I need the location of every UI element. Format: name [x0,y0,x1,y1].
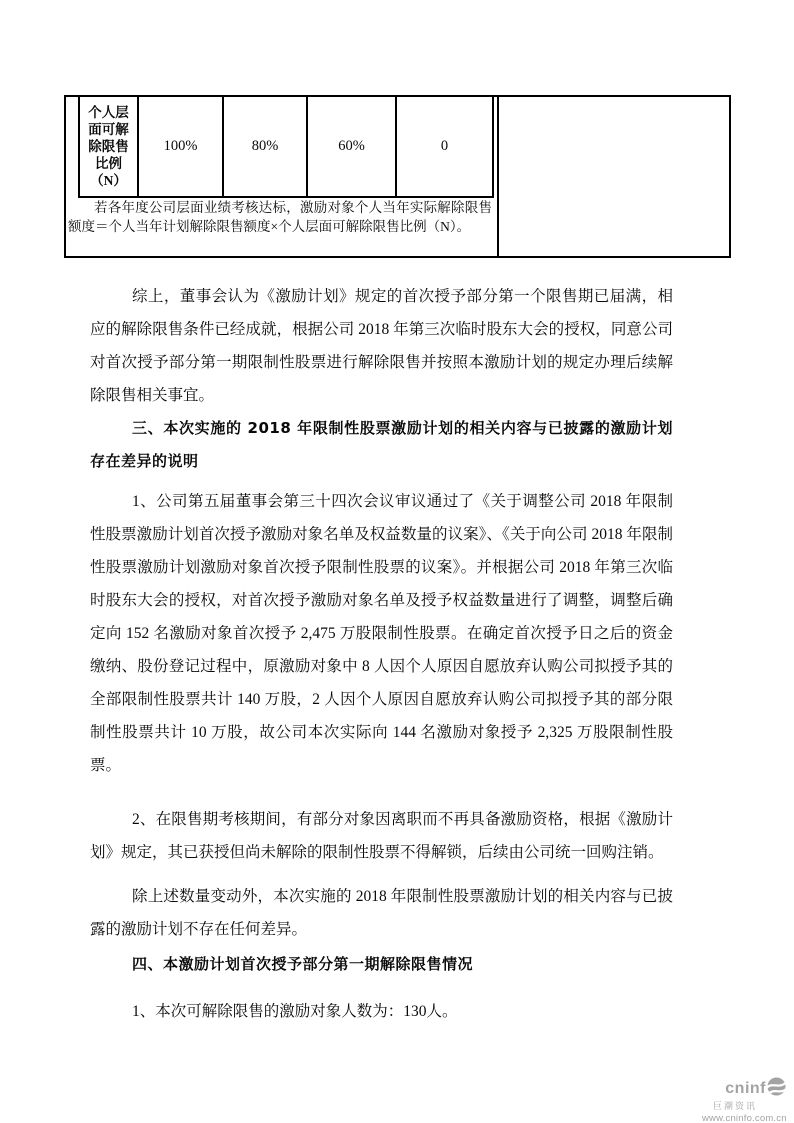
paragraph-departed-employees: 2、在限售期考核期间，有部分对象因离职而不再具备激励资格，根据《激励计划》规定，… [90,803,673,869]
unlock-ratio-table: 个人层 面可解 除限售 比例 （N） 100% 80% 60% 0 若各年度公司… [0,95,794,258]
ratio-cell-0: 0 [396,96,493,197]
ratio-cell-60: 60% [307,96,396,197]
watermark-url: www.cninfo.com.cn [702,1114,786,1123]
paragraph-board-conclusion: 综上，董事会认为《激励计划》规定的首次授予部分第一个限售期已届满，相应的解除限售… [90,280,673,412]
document-page: 个人层 面可解 除限售 比例 （N） 100% 80% 60% 0 若各年度公司… [0,0,794,1123]
paragraph-unlock-headcount: 1、本次可解除限售的激励对象人数为：130人。 [90,995,673,1028]
ratio-cell-100: 100% [138,96,223,197]
watermark-chinese-name: 巨潮资讯 [702,1102,786,1111]
paragraph-adjustment-details: 1、公司第五届董事会第三十四次会议审议通过了《关于调整公司 2018 年限制性股… [90,485,673,782]
paragraph-no-difference: 除上述数量变动外，本次实施的 2018 年限制性股票激励计划的相关内容与已披露的… [90,880,673,946]
table-row: 个人层 面可解 除限售 比例 （N） 100% 80% 60% 0 [79,96,493,197]
section-heading-3: 三、本次实施的 2018 年限制性股票激励计划的相关内容与已披露的激励计划存在差… [90,412,673,478]
table-column-divider [497,95,499,258]
ratio-cell-80: 80% [223,96,307,197]
cninfo-swirl-icon [767,1077,786,1100]
table-footnote: 若各年度公司层面业绩考核达标，激励对象个人当年实际解除限售额度＝个人当年计划解除… [66,198,494,256]
watermark-brand-text: cninf [725,1081,766,1097]
watermark-brand-row: cninf [702,1077,786,1100]
cninfo-watermark: cninf 巨潮资讯 www.cninfo.com.cn [702,1077,786,1123]
document-body: 综上，董事会认为《激励计划》规定的首次授予部分第一个限售期已届满，相应的解除限售… [0,258,794,1028]
individual-unlock-ratio-subtable: 个人层 面可解 除限售 比例 （N） 100% 80% 60% 0 [78,95,494,198]
row-header-individual-unlock-ratio: 个人层 面可解 除限售 比例 （N） [79,96,138,197]
section-heading-4: 四、本激励计划首次授予部分第一期解除限售情况 [90,948,673,981]
